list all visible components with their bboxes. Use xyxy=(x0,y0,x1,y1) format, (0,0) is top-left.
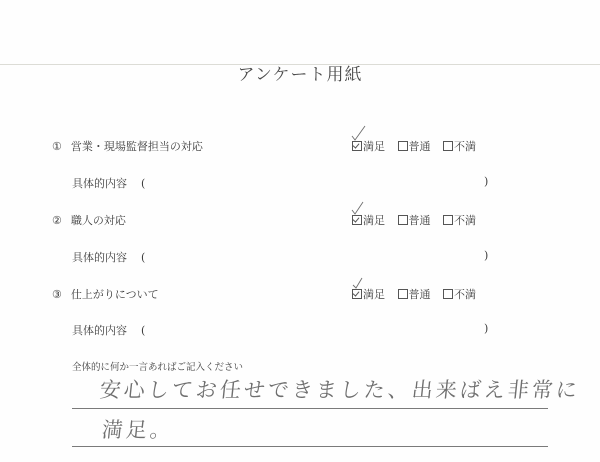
checkbox-checked-icon[interactable] xyxy=(352,141,362,151)
option-label: 不満 xyxy=(454,140,476,153)
option-dissatisfied[interactable]: 不満 xyxy=(443,138,476,154)
checkbox-checked-icon[interactable] xyxy=(352,215,362,225)
question-label: 職人の対応 xyxy=(71,214,126,227)
question-1-options: 満足 普通 不満 xyxy=(352,138,485,154)
paren-open: ( xyxy=(141,177,145,190)
checkbox-empty-icon[interactable] xyxy=(398,215,408,225)
option-satisfied[interactable]: 満足 xyxy=(352,212,385,228)
handwritten-comment-line-2[interactable]: 満足。 xyxy=(100,414,175,444)
checkbox-empty-icon[interactable] xyxy=(443,141,453,151)
checkbox-empty-icon[interactable] xyxy=(398,141,408,151)
question-number: ① xyxy=(52,140,62,153)
question-3: ③仕上がりについて xyxy=(52,286,159,302)
question-number: ③ xyxy=(52,288,62,301)
question-number: ② xyxy=(52,214,62,227)
checkbox-empty-icon[interactable] xyxy=(443,289,453,299)
handwritten-check-icon xyxy=(350,124,368,142)
question-1-detail: 具体的内容( xyxy=(72,175,145,191)
detail-label: 具体的内容 xyxy=(72,251,127,264)
option-neutral[interactable]: 普通 xyxy=(398,286,431,302)
option-label: 普通 xyxy=(409,140,431,153)
paren-open: ( xyxy=(141,324,145,337)
overall-comment-label: 全体的に何か一言あればご記入ください xyxy=(72,359,243,373)
question-3-detail: 具体的内容( xyxy=(72,322,145,338)
handwritten-check-icon xyxy=(350,198,368,216)
handwritten-check-icon xyxy=(350,272,368,290)
comment-line-2-rule xyxy=(72,446,548,447)
option-label: 普通 xyxy=(409,214,431,227)
question-1: ①営業・現場監督担当の対応 xyxy=(52,138,203,154)
paren-close: ) xyxy=(484,322,488,335)
option-dissatisfied[interactable]: 不満 xyxy=(443,286,476,302)
question-label: 営業・現場監督担当の対応 xyxy=(71,140,203,153)
checkbox-empty-icon[interactable] xyxy=(443,215,453,225)
detail-label: 具体的内容 xyxy=(72,177,127,190)
form-title: アンケート用紙 xyxy=(0,60,600,85)
option-label: 普通 xyxy=(409,288,431,301)
option-neutral[interactable]: 普通 xyxy=(398,212,431,228)
option-satisfied[interactable]: 満足 xyxy=(352,138,385,154)
option-dissatisfied[interactable]: 不満 xyxy=(443,212,476,228)
checkbox-checked-icon[interactable] xyxy=(352,289,362,299)
question-2-detail: 具体的内容( xyxy=(72,249,145,265)
checkbox-empty-icon[interactable] xyxy=(398,289,408,299)
paren-close: ) xyxy=(484,175,488,188)
option-satisfied[interactable]: 満足 xyxy=(352,286,385,302)
option-neutral[interactable]: 普通 xyxy=(398,138,431,154)
question-3-options: 満足 普通 不満 xyxy=(352,286,485,302)
question-2-options: 満足 普通 不満 xyxy=(352,212,485,228)
comment-line-1-rule xyxy=(72,408,548,409)
option-label: 不満 xyxy=(454,214,476,227)
detail-label: 具体的内容 xyxy=(72,324,127,337)
question-label: 仕上がりについて xyxy=(71,288,159,301)
paren-open: ( xyxy=(141,251,145,264)
paren-close: ) xyxy=(484,249,488,262)
question-2: ②職人の対応 xyxy=(52,212,126,228)
option-label: 不満 xyxy=(454,288,476,301)
survey-form-page: アンケート用紙 ①営業・現場監督担当の対応 満足 普通 不満 具体的内容( ) … xyxy=(0,0,600,462)
handwritten-comment-line-1[interactable]: 安心してお任せできました、出来ばえ非常に xyxy=(98,374,581,404)
